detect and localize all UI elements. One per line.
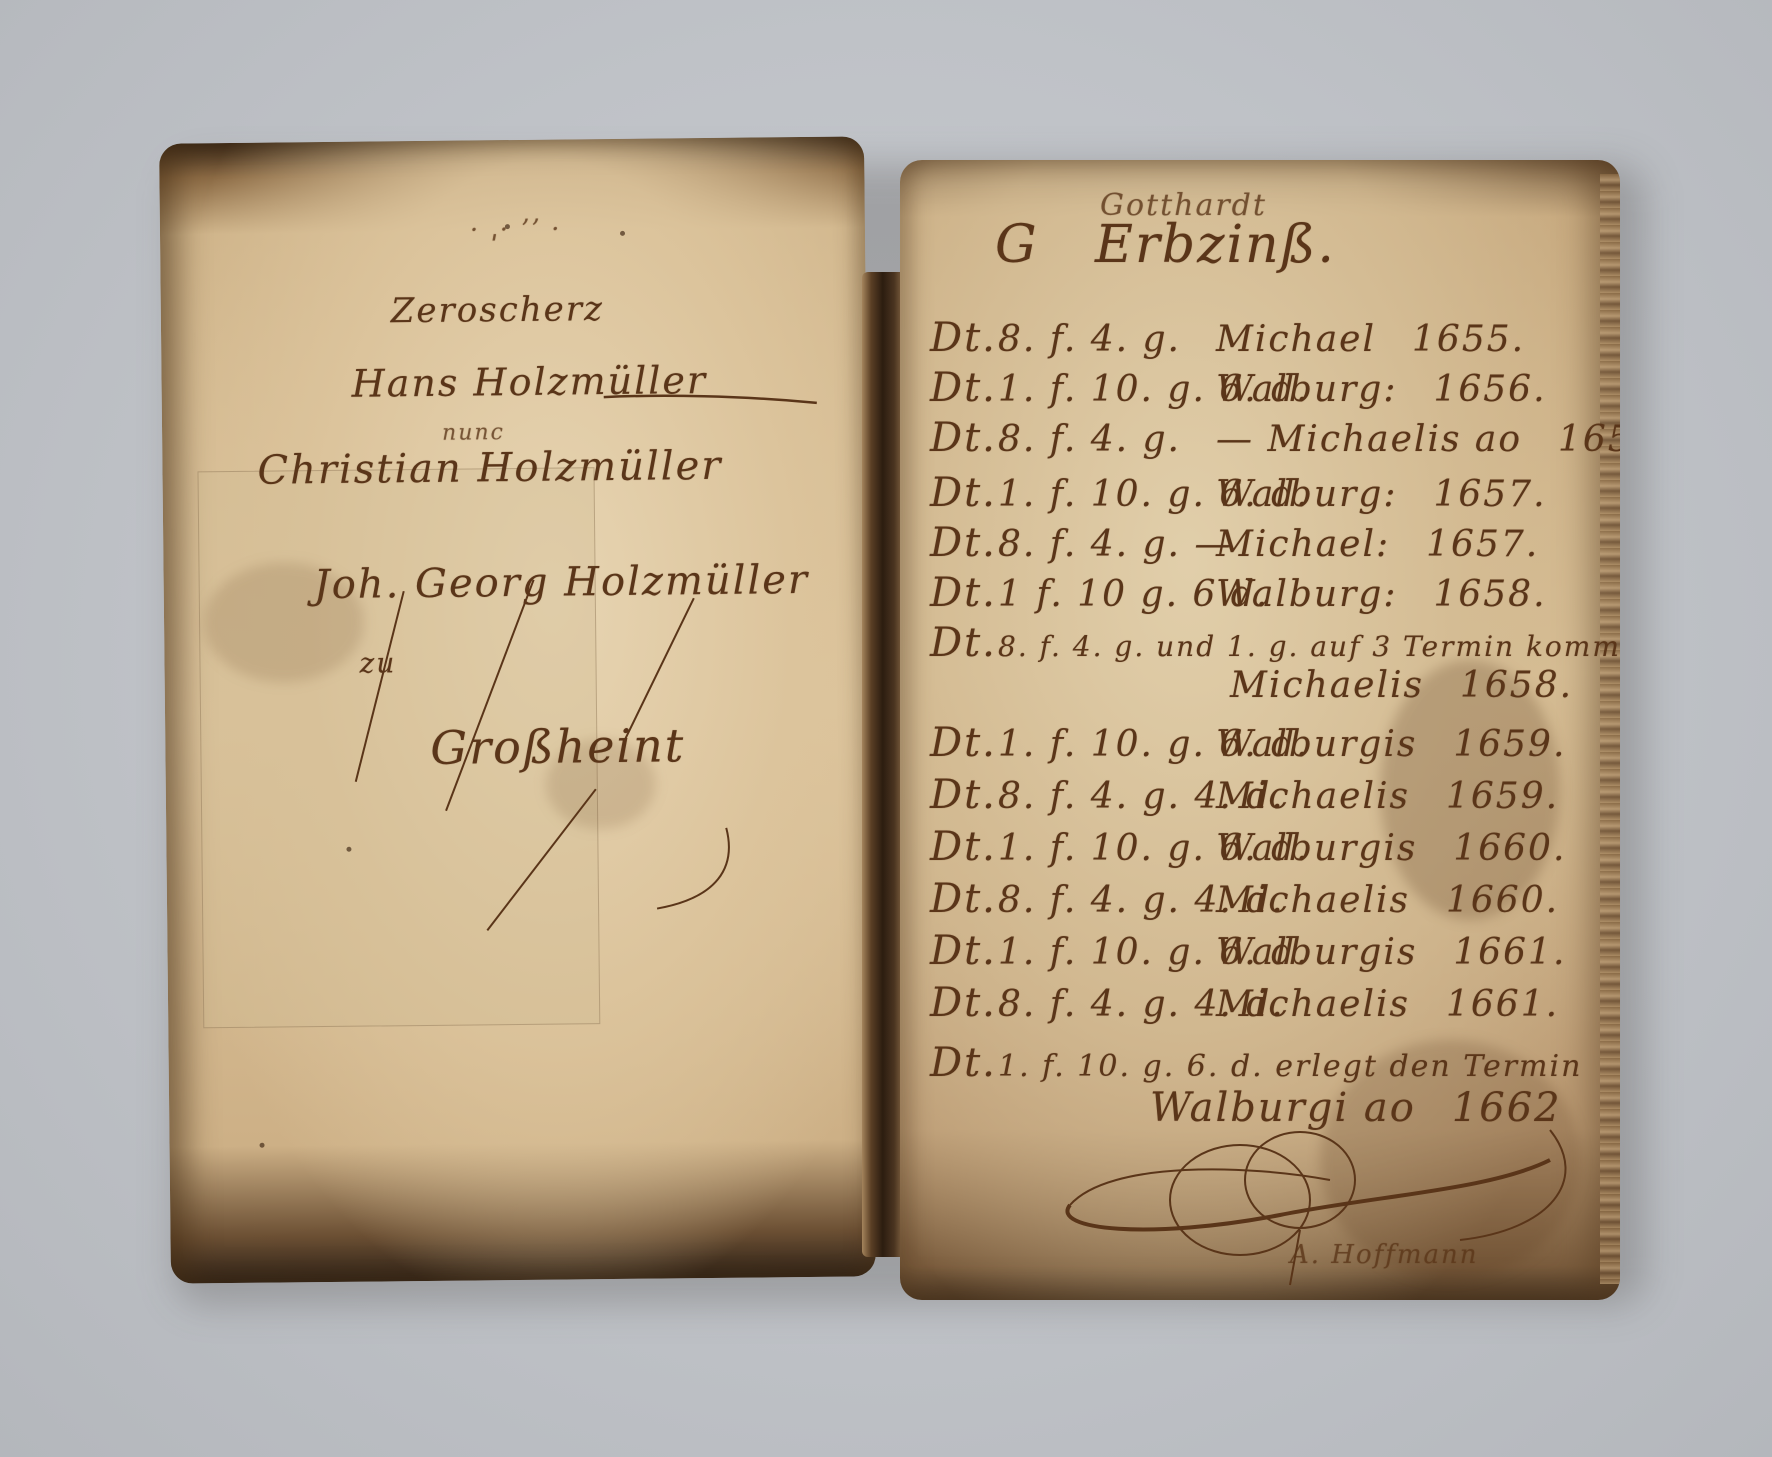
- ledger-amount: 8. f. 4. g. 4. d.: [998, 984, 1198, 1025]
- ledger-year: 1657.: [1426, 524, 1539, 565]
- book-photo-scene: · ˌ· ʼʼ · Zeroscherz Hans Holzmüller nun…: [0, 0, 1772, 1457]
- ledger-row: Dt. 1 f. 10 g. 6 d. Walburg: 1658.: [930, 570, 1547, 616]
- ledger-row: Dt. 8. f. 4. g. — Michaelis ao 1656.: [930, 415, 1620, 461]
- ledger-term: Michael: [1216, 319, 1376, 360]
- ledger-term: Walburg:: [1216, 369, 1397, 410]
- ledger-prefix: Dt.: [930, 980, 980, 1026]
- ledger-term: Walburgis: [1216, 828, 1417, 869]
- ledger-amount: 8. f. 4. g. —: [998, 524, 1198, 565]
- signature-text: A. Hoffmann: [1290, 1240, 1479, 1270]
- ledger-prefix: Dt.: [930, 1040, 980, 1086]
- ink-speck: [620, 231, 625, 236]
- ink-speck: [260, 1143, 265, 1148]
- ledger-row: Dt. 8. f. 4. g. und 1. g. auf 3 Termin k…: [930, 620, 1620, 666]
- ledger-term: Walburg:: [1216, 574, 1397, 615]
- ledger-row: Dt. 1. f. 10. g. 6. d. Walburgis 1661.: [930, 928, 1566, 974]
- ledger-prefix: Dt.: [930, 620, 980, 666]
- ledger-row: Dt. 1. f. 10. g. 6. d. Walburg: 1656.: [930, 365, 1547, 411]
- ledger-year: 1655.: [1412, 319, 1525, 360]
- ledger-row: Dt. 8. f. 4. g. 4. d. Michaelis 1659.: [930, 772, 1559, 818]
- ledger-amount: 1. f. 10. g. 6. d.: [998, 474, 1198, 515]
- ledger-prefix: Dt.: [930, 824, 980, 870]
- left-page: · ˌ· ʼʼ · Zeroscherz Hans Holzmüller nun…: [159, 136, 876, 1283]
- ledger-term: Michaelis: [1216, 776, 1410, 817]
- ledger-amount: 8. f. 4. g. 4. d.: [998, 776, 1198, 817]
- ledger-row: Dt. 8. f. 4. g. 4. d. Michaelis 1660.: [930, 876, 1559, 922]
- ledger-amount: 8. f. 4. g.: [998, 419, 1198, 460]
- ledger-year: 1658.: [1460, 665, 1573, 706]
- ledger-year: 1658.: [1433, 574, 1546, 615]
- ledger-term: Michaelis: [1216, 880, 1410, 921]
- ledger-amount: 8. f. 4. g. und 1. g. auf 3 Termin kommt: [998, 630, 1620, 663]
- ledger-amount: 8. f. 4. g. 4. d.: [998, 880, 1198, 921]
- ledger-row: Dt. 8. f. 4. g. — Michael: 1657.: [930, 520, 1539, 566]
- ledger-year: 1661.: [1453, 932, 1566, 973]
- ledger-year: 1657.: [1433, 474, 1546, 515]
- ledger-year: 1656.: [1433, 369, 1546, 410]
- ledger-prefix: Dt.: [930, 772, 980, 818]
- frayed-page-edges: [1600, 174, 1620, 1284]
- ledger-row-continuation: Michaelis 1658.: [1230, 665, 1573, 706]
- ledger-amount: 1. f. 10. g. 6. d. erlegt den Termin: [998, 1049, 1582, 1084]
- long-descender-strokes: [294, 567, 778, 952]
- ledger-row: Dt. 8. f. 4. g. 4. d. Michaelis 1661.: [930, 980, 1559, 1026]
- ledger-prefix: Dt.: [930, 876, 980, 922]
- ledger-amount: 1. f. 10. g. 6. d.: [998, 828, 1198, 869]
- ledger-prefix: Dt.: [930, 315, 980, 361]
- ledger-term: Walburgis: [1216, 724, 1417, 765]
- ledger-term: — Michaelis ao: [1216, 419, 1522, 460]
- ledger-prefix: Dt.: [930, 365, 980, 411]
- ledger-year: 1659.: [1453, 724, 1566, 765]
- ledger-year: 1661.: [1446, 984, 1559, 1025]
- ledger-heading: Erbzinß.: [1095, 215, 1336, 275]
- ledger-heading-gotthardt: G: [995, 215, 1039, 275]
- ledger-amount: 8. f. 4. g.: [998, 319, 1198, 360]
- inscription-line: Zeroscherz: [391, 289, 605, 331]
- ledger-term: Walburg:: [1216, 474, 1397, 515]
- ledger-term: Michaelis: [1216, 984, 1410, 1025]
- ledger-year: 1660.: [1453, 828, 1566, 869]
- ledger-amount: 1. f. 10. g. 6. d.: [998, 369, 1198, 410]
- right-page: Gotthardt G Erbzinß. Dt. 8. f. 4. g. Mic…: [900, 160, 1620, 1300]
- ledger-term: Walburgis: [1216, 932, 1417, 973]
- ledger-prefix: Dt.: [930, 928, 980, 974]
- ledger-row: Dt. 1. f. 10. g. 6. d. erlegt den Termin: [930, 1040, 1582, 1086]
- ledger-amount: 1 f. 10 g. 6 d.: [998, 574, 1198, 615]
- underline-flourish: [602, 389, 822, 411]
- ledger-row: Dt. 1. f. 10. g. 6. d. Walburg: 1657.: [930, 470, 1547, 516]
- ledger-row: Dt. 1. f. 10. g. 6. d. Walburgis 1659.: [930, 720, 1566, 766]
- ledger-prefix: Dt.: [930, 520, 980, 566]
- inscription-line: Christian Holzmüller: [257, 443, 722, 494]
- ledger-amount: 1. f. 10. g. 6. d.: [998, 724, 1198, 765]
- ledger-year: 1660.: [1446, 880, 1559, 921]
- ledger-prefix: Dt.: [930, 570, 980, 616]
- ledger-amount: 1. f. 10. g. 6. d.: [998, 932, 1198, 973]
- ledger-row: Dt. 8. f. 4. g. Michael 1655.: [930, 315, 1525, 361]
- ledger-term: Michaelis: [1230, 665, 1424, 706]
- ledger-prefix: Dt.: [930, 415, 980, 461]
- inscription-superscript: nunc: [442, 420, 505, 446]
- ledger-row: Dt. 1. f. 10. g. 6. d. Walburgis 1660.: [930, 824, 1566, 870]
- ledger-prefix: Dt.: [930, 470, 980, 516]
- top-ink-marks: · ˌ· ʼʼ ·: [470, 215, 562, 246]
- ledger-prefix: Dt.: [930, 720, 980, 766]
- ledger-year: 1659.: [1446, 776, 1559, 817]
- ledger-term: Michael:: [1216, 524, 1390, 565]
- ledger-year: 1656.: [1558, 419, 1620, 460]
